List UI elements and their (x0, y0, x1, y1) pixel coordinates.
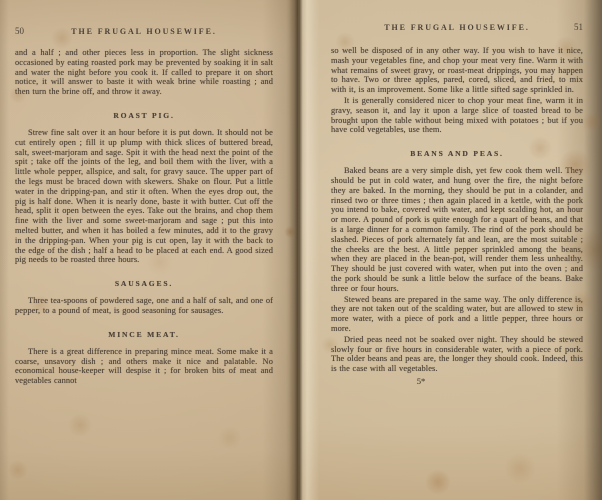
paragraph: so well be disposed of in any other way.… (331, 46, 583, 95)
running-title-left: THE FRUGAL HOUSEWIFE. (45, 27, 243, 36)
paragraph: Dried peas need not be soaked over night… (331, 335, 583, 374)
section-heading: SAUSAGES. (15, 279, 273, 288)
section-heading: MINCE MEAT. (15, 330, 273, 339)
text-column-left: and a half ; and other pieces less in pr… (15, 48, 273, 386)
paragraph: There is a great difference in preparing… (15, 347, 273, 386)
page-header-right: THE FRUGAL HOUSEWIFE. 51 (331, 22, 583, 32)
page-right-content: THE FRUGAL HOUSEWIFE. 51 so well be disp… (331, 22, 583, 386)
page-header-left: 50 THE FRUGAL HOUSEWIFE. (15, 26, 273, 36)
paragraph: Three tea-spoons of powdered sage, one a… (15, 296, 273, 316)
paragraph: and a half ; and other pieces less in pr… (15, 48, 273, 97)
paragraph: Strew fine salt over it an hour before i… (15, 128, 273, 265)
signature-mark: 5* (295, 376, 547, 386)
book-scan: 50 THE FRUGAL HOUSEWIFE. and a half ; an… (0, 0, 602, 500)
section-heading: ROAST PIG. (15, 111, 273, 120)
running-title-right: THE FRUGAL HOUSEWIFE. (361, 23, 553, 32)
paragraph: It is generally considered nicer to chop… (331, 96, 583, 135)
section-heading: BEANS AND PEAS. (331, 149, 583, 158)
paragraph: Baked beans are a very simple dish, yet … (331, 166, 583, 293)
paragraph: Stewed beans are prepared in the same wa… (331, 295, 583, 334)
page-left-content: 50 THE FRUGAL HOUSEWIFE. and a half ; an… (15, 26, 273, 387)
page-number-left: 50 (15, 26, 45, 36)
text-column-right: so well be disposed of in any other way.… (331, 46, 583, 374)
page-number-right: 51 (553, 22, 583, 32)
